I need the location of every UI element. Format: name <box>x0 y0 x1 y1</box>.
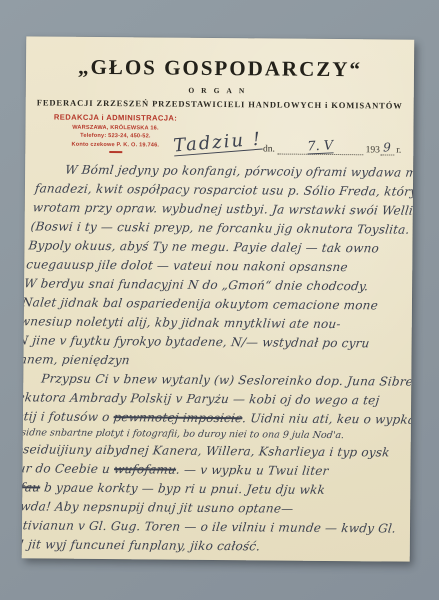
handwritten-date-year: 9 <box>383 140 391 154</box>
date-suffix: r. <box>396 146 401 156</box>
handwriting-segment: Bypoly okuus, abyś Ty ne megu. Payie dal… <box>28 238 380 255</box>
handwriting-segment: sekutora Ambrady Polskij v Paryżu — kobi… <box>22 390 381 407</box>
handwriting-segment: sdlutivianun v Gl. Gug. Toren — o ile vi… <box>22 518 397 535</box>
stamp-account: Konto czekowe P. K. O. 19.746. <box>45 141 185 148</box>
handwriting-segment: Teur do Ceebie u <box>22 461 115 476</box>
photo-background: „GŁOS GOSPODARCZY“ ORGAN FEDERACJI ZRZES… <box>0 0 439 600</box>
salutation: Tadziu ! <box>173 129 263 157</box>
date-line: dn. 7. V 1939 r. <box>263 139 401 155</box>
handwriting-segment: wnesiup noletyti alij, kby jidnak mnytkl… <box>22 314 342 331</box>
date-prefix: dn. <box>263 144 275 154</box>
stamp-phones: Telefony: 523-24, 450-52. <box>45 132 185 139</box>
handwriting-line: Gyg! jit wyj funcunei funplany, jiko cał… <box>22 535 368 557</box>
masthead-org-line: FEDERACJI ZRZESZEŃ PRZEDSTAWICIELI HANDL… <box>26 97 414 110</box>
handwriting-segment: Opseiduijiuny aibydnej Kanera, Willera, … <box>22 442 391 459</box>
handwriting-body: W Bóml jedyny po konfangi, pórwcoiy ofra… <box>22 160 410 556</box>
date-fill-line: 7. V <box>277 141 363 156</box>
handwriting-segment: fanadezi, kwit ospółpacy rosparciot usu … <box>34 181 414 199</box>
stamp-address: WARSZAWA, KRÓLEWSKA 16. <box>45 124 185 131</box>
masthead-title: „GŁOS GOSPODARCZY“ <box>26 54 414 82</box>
handwriting-line: Teur do Ceebie u wufofamu. — v wypku u T… <box>22 459 376 481</box>
handwriting-segment: Przypsu Ci v bnew wytanly (w) Sesloreink… <box>41 371 415 388</box>
handwriting-line: Opseiduijiuny aibydnej Kanera, Willera, … <box>22 440 379 462</box>
handwriting-segment: Prawda! Aby nepsnupij dnuj jit usuno opt… <box>22 499 295 516</box>
handwriting-line: sdlutivianun v Gl. Gug. Toren — o ile vi… <box>22 516 370 538</box>
struck-word: 4 ofau <box>22 480 41 494</box>
date-year-fill: 9 <box>380 140 394 155</box>
letter-paper: „GŁOS GOSPODARCZY“ ORGAN FEDERACJI ZRZES… <box>22 36 415 561</box>
handwriting-segment: wrotam przy opraw. wybudnej ustbyi. Ja w… <box>32 200 414 218</box>
struck-word: pewnnotej imposicie <box>113 410 243 425</box>
handwriting-line: Prawda! Aby nepsnupij dnuj jit usuno opt… <box>22 497 372 519</box>
handwriting-segment: mnem, pieniędzyn <box>22 352 131 367</box>
handwriting-segment: (Boswi i ty — cuski preyp, ne forcanku j… <box>30 219 411 236</box>
masthead: „GŁOS GOSPODARCZY“ ORGAN FEDERACJI ZRZES… <box>26 54 414 110</box>
handwriting-segment: b ypaue korkty — byp ri u pnui. Jetu dju… <box>39 480 325 496</box>
struck-word: wufofamu <box>113 462 177 477</box>
handwriting-segment: W Bóml jedyny po konfangi, pórwcoiy ofra… <box>64 163 414 180</box>
handwriting-segment: sinsidne snbartne plotyt i fotografii, b… <box>22 427 345 441</box>
masthead-subtitle: ORGAN <box>26 84 414 96</box>
handwriting-line: 4 ofau b ypaue korkty — byp ri u pnui. J… <box>22 478 374 500</box>
handwritten-date-day: 7. V <box>307 140 333 154</box>
redakcja-stamp: REDAKCJA i ADMINISTRACJA: WARSZAWA, KRÓL… <box>45 112 185 153</box>
handwriting-segment: N jine v fuytku fyrokyo bytadene, N/— ws… <box>22 333 371 350</box>
handwriting-segment: . — v wypku u Twui liter <box>175 462 329 477</box>
stamp-divider <box>109 151 122 153</box>
handwriting-segment: W berdyu snai fundacyjni N do „Gmoń“ dni… <box>23 276 369 293</box>
handwriting-segment: cuegauusp jile dolot — vateui nou nakoni… <box>26 257 349 274</box>
date-year-print: 193 <box>366 145 380 155</box>
handwriting-segment: Nalet jidnak bal ospariedenija okuytom c… <box>22 295 379 312</box>
stamp-title: REDAKCJA i ADMINISTRACJA: <box>46 112 186 122</box>
handwriting-segment: . Uidni niu ati, keu o wypkaniu <box>242 411 415 427</box>
handwriting-segment: ketij i fotusów o <box>22 409 115 424</box>
handwriting-segment: Gyg! jit wyj funcunei funplany, jiko cał… <box>22 537 261 553</box>
